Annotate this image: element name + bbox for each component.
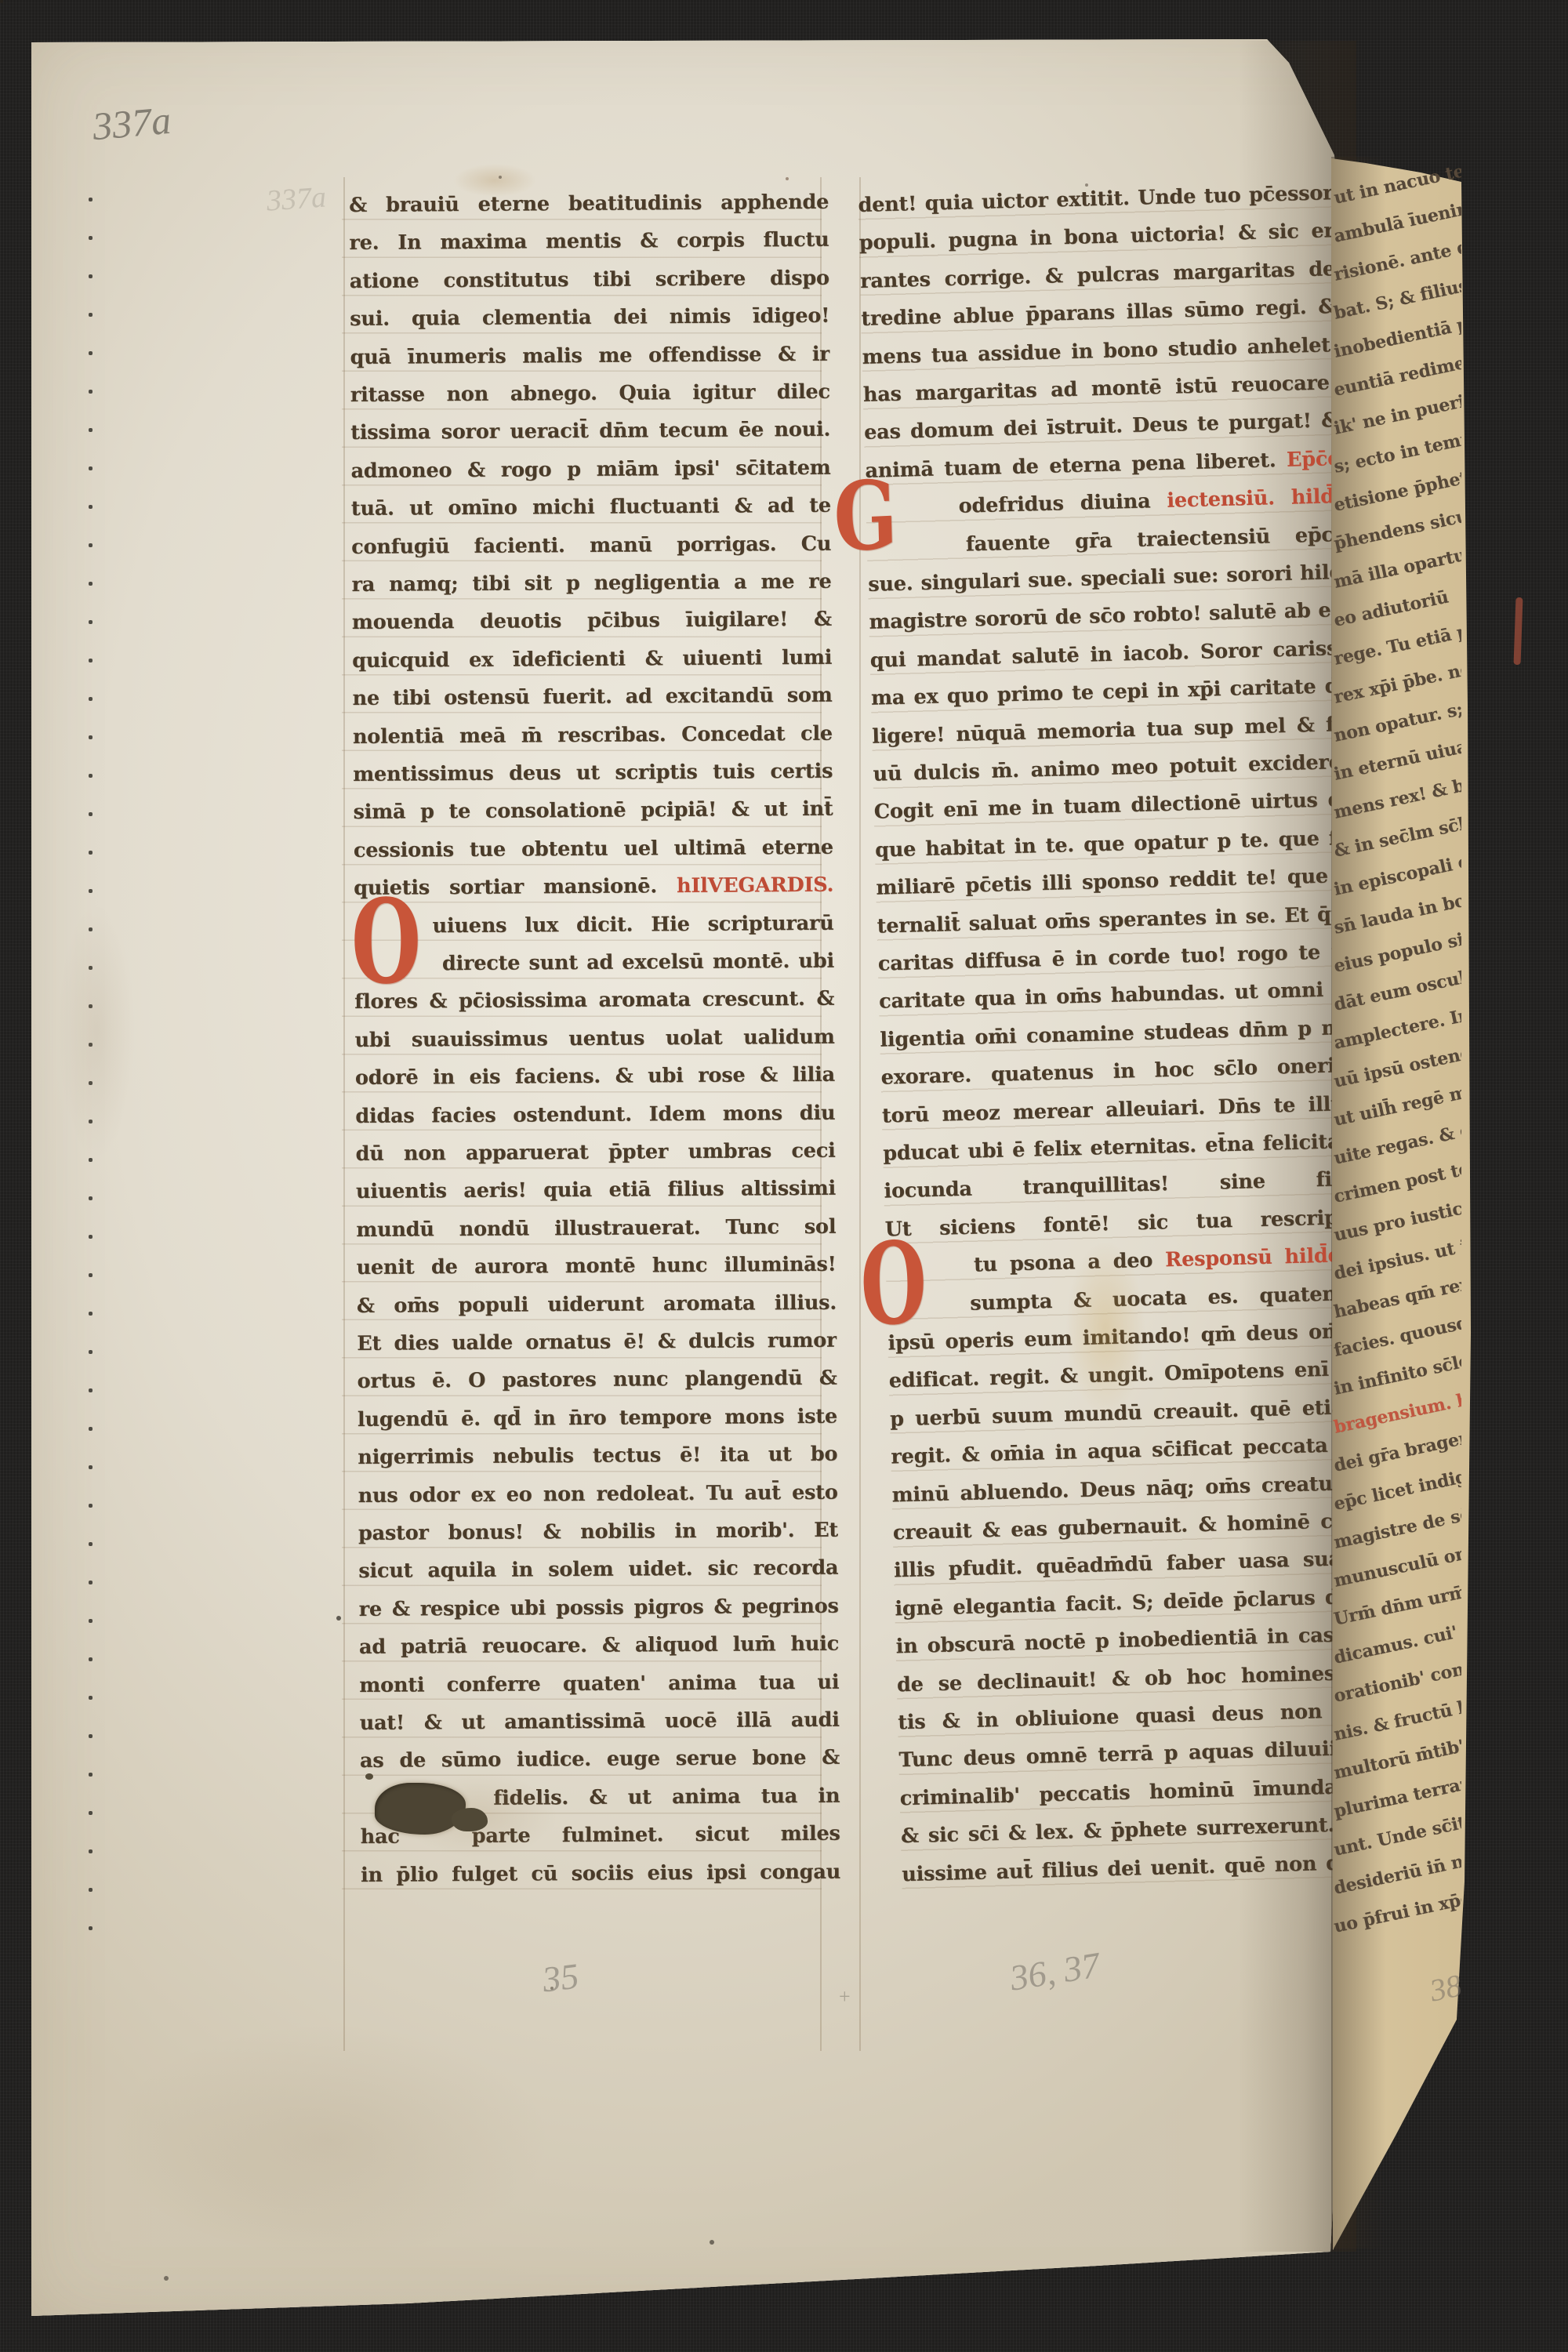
ink-text: magistre sororū de sc̄o robto! salutē ab… bbox=[869, 598, 1345, 634]
text-column-2: dent! quia uictor extitit. Unde tuo pc̄e… bbox=[858, 176, 1377, 1912]
text-line: re. In maxima mentis & corpis fluctu bbox=[349, 223, 829, 264]
ink-text: mouenda deuotis pc̄ibus īuigilare! & bbox=[352, 608, 832, 634]
ink-text: dū non apparuerat p̄pter umbras ceci bbox=[355, 1139, 835, 1166]
pricking-hole bbox=[89, 1619, 93, 1623]
ink-text: ligentia om̄i conamine studeas dn̄m p me bbox=[880, 1016, 1356, 1052]
text-line: nus odor ex eo non redoleat. Tu aut̄ est… bbox=[358, 1475, 837, 1516]
pricking-hole bbox=[89, 1196, 93, 1200]
ink-text: & sic sc̄i & lex. & p̄phete surrexerunt.… bbox=[901, 1813, 1377, 1849]
ink-text: fidelis. & ut anima tua in bbox=[493, 1784, 840, 1809]
parchment-hole bbox=[375, 1783, 466, 1835]
ink-text: ad patriā reuocare. & aliquod lum̄ huic bbox=[359, 1632, 839, 1659]
vertical-rule bbox=[343, 177, 345, 2051]
ink-text: flores & pc̄iosissima aromata crescunt. … bbox=[354, 987, 834, 1014]
pricking-hole bbox=[89, 1888, 93, 1892]
text-line: ne tibi ostensū fuerit. ad excitandū som bbox=[352, 678, 832, 720]
pricking-hole bbox=[89, 735, 93, 739]
text-line: odorē in eis faciens. & ubi rose & lilia… bbox=[355, 1058, 835, 1099]
ink-text: confugiū facienti. manū porrigas. Cu bbox=[351, 532, 831, 558]
text-line: dū non apparuerat p̄pter umbras ceci bbox=[355, 1134, 835, 1175]
ink-text: criminalib' peccatis hominū īmundauit. bbox=[899, 1774, 1375, 1810]
pricking-hole bbox=[89, 236, 93, 240]
pricking-hole bbox=[89, 1350, 93, 1354]
ink-text: Cogit enī me in tuam dilectionē uirtus d… bbox=[873, 788, 1349, 824]
pricking-hole bbox=[89, 1273, 93, 1277]
ink-text: ubi suauissimus uentus uolat ualidum bbox=[354, 1025, 834, 1051]
pricking-hole bbox=[89, 1926, 93, 1930]
pricking-hole bbox=[89, 1388, 93, 1392]
ink-text: caritate qua in om̄s habundas. ut omni d… bbox=[879, 978, 1355, 1014]
text-line: didas facies ostendunt. Idem mons diu bbox=[355, 1095, 835, 1137]
pricking-hole bbox=[89, 697, 93, 701]
ink-text: monti conferre quaten' anima tua ui bbox=[359, 1670, 839, 1697]
text-line: tuā. ut omīno michi fluctuanti & ad te bbox=[351, 488, 831, 530]
ink-text: uat! & ut amantissimā uocē illā audi bbox=[360, 1708, 840, 1735]
pricking-hole bbox=[89, 1004, 93, 1008]
pricking-hole bbox=[89, 1773, 93, 1777]
pricking-hole bbox=[89, 966, 93, 970]
ink-text: odefridus diuina bbox=[958, 489, 1167, 518]
pricking-hole bbox=[89, 1657, 93, 1661]
ink-text: p uerbū suum mundū creauit. quē etiam bbox=[890, 1395, 1366, 1431]
ink-text: edificat. regit. & ungit. Omīpotens enī … bbox=[888, 1357, 1364, 1393]
text-column-1: & brauiū eterne beatitudinis apphendere.… bbox=[349, 185, 840, 1913]
ink-text: uiuens lux dicit. Hie scripturarū bbox=[432, 911, 833, 938]
text-line: monti conferre quaten' anima tua ui bbox=[359, 1664, 839, 1706]
ink-text: tuā. ut omīno michi fluctuanti & ad te bbox=[351, 494, 831, 521]
ink-text: uissime aut̄ filius dei uenit. quē non d… bbox=[902, 1850, 1377, 1886]
ink-text: re & respice ubi possis pigros & pegrino… bbox=[359, 1594, 839, 1621]
pricking-hole bbox=[89, 1811, 93, 1815]
pricking-hole bbox=[89, 927, 93, 931]
pencil-folio-ghost: 337a bbox=[266, 180, 328, 218]
ink-text: sui. quia clementia dei nimis īdigeo! bbox=[350, 304, 829, 331]
pricking-hole bbox=[89, 198, 93, 201]
ink-text: admoneo & rogo p miām ipsi' sc̄itatem bbox=[350, 456, 830, 483]
pricking-hole bbox=[89, 812, 93, 816]
pricking-hole bbox=[89, 1696, 93, 1700]
ink-text: tissima soror ueracit̄ dn̄m tecum ēe nou… bbox=[350, 418, 830, 445]
ink-text: ma ex quo primo te cepi in xp̄i caritate… bbox=[871, 674, 1347, 710]
ink-text: sicut aquila in solem uidet. sic recorda bbox=[358, 1556, 838, 1583]
pricking-hole bbox=[89, 1081, 93, 1085]
text-line: mouenda deuotis pc̄ibus īuigilare! & bbox=[352, 602, 832, 644]
pricking-hole bbox=[89, 428, 93, 432]
ink-text: que habitat in te. que opatur p te. que … bbox=[875, 826, 1351, 862]
ink-text: ligere! nūquā memoria tua sup mel & fa bbox=[872, 712, 1348, 748]
bottom-cross-mark: + bbox=[839, 1985, 851, 2009]
text-line: sicut aquila in solem uidet. sic recorda bbox=[358, 1551, 838, 1592]
ink-text: nus odor ex eo non redoleat. Tu aut̄ est… bbox=[358, 1480, 838, 1507]
text-line: atione constitutus tibi scribere dispo bbox=[350, 261, 829, 303]
rubric-text: iectensiū. hild̄. bbox=[1167, 485, 1341, 513]
pencil-page-number-col1: 35 bbox=[540, 1955, 581, 2000]
text-line: uiuens lux dicit. Hie scripturarū bbox=[354, 906, 833, 947]
text-line: ad patriā reuocare. & aliquod lum̄ huic bbox=[359, 1627, 839, 1668]
ink-text: Tunc deus omnē terrā p aquas diluuii de bbox=[898, 1737, 1374, 1773]
ink-text: simā p te consolationē pcipiā! & ut int̄ bbox=[353, 797, 833, 824]
text-line: Et dies ualde ornatus ē! & dulcis rumor bbox=[357, 1323, 837, 1365]
pricking-hole bbox=[89, 1235, 93, 1239]
ink-text: Et dies ualde ornatus ē! & dulcis rumor bbox=[357, 1329, 837, 1356]
text-line: ritasse non abnego. Quia igitur dilec bbox=[350, 375, 830, 416]
ink-text: parte fulminet. sicut miles bbox=[472, 1822, 840, 1848]
pricking-hole bbox=[89, 390, 93, 394]
pricking-hole bbox=[89, 1504, 93, 1508]
ink-text: uū dulcis m̄. animo meo potuit excidere. bbox=[873, 750, 1348, 786]
ink-text: creauit & eas gubernauit. & hominē cum bbox=[893, 1509, 1369, 1545]
text-line: quicquid ex īdeficienti & uiuenti lumi bbox=[352, 641, 832, 682]
text-line: pastor bonus! & nobilis in morib'. Et bbox=[358, 1513, 838, 1555]
pricking-hole bbox=[89, 582, 93, 586]
pricking-hole bbox=[89, 659, 93, 662]
ink-text: ipsū operis eum imitando! qm̄ deus om̄ia bbox=[887, 1319, 1363, 1356]
text-line: uenit de aurora montē hunc illuminās! bbox=[356, 1247, 836, 1289]
text-line: mundū nondū illustrauerat. Tunc sol bbox=[356, 1209, 836, 1250]
ink-text: pastor bonus! & nobilis in morib'. Et bbox=[358, 1519, 838, 1545]
ink-text: dent! quia uictor extitit. Unde tuo pc̄e… bbox=[858, 181, 1334, 217]
ink-text: ignē elegantia facit. S; deīde p̄clarus … bbox=[895, 1584, 1370, 1621]
ink-text: nigerrimis nebulis tectus ē! ita ut bo bbox=[358, 1443, 837, 1469]
ink-text: lugendū ē. qd̄ in n̄ro tempore mons iste bbox=[358, 1404, 837, 1431]
ink-text: quicquid ex īdeficienti & uiuenti lumi bbox=[352, 646, 832, 673]
ink-text: illis pfudit. quēadm̄dū faber uasa sua p bbox=[894, 1547, 1370, 1583]
ink-text: eas domum dei īstruit. Deus te purgat! & bbox=[864, 408, 1340, 445]
ink-text: directe sunt ad excelsū montē. ubi bbox=[442, 949, 834, 975]
text-line: flores & pc̄iosissima aromata crescunt. … bbox=[354, 982, 834, 1023]
text-line: admoneo & rogo p miām ipsi' sc̄itatem bbox=[350, 451, 830, 492]
pricking-hole bbox=[89, 505, 93, 509]
pencil-folio-annotation: 337a bbox=[91, 97, 173, 149]
ink-text: in obscurā noctē p inobedientiā in casu … bbox=[895, 1623, 1371, 1659]
text-line: as de sūmo iudice. euge serue bone & bbox=[360, 1740, 840, 1782]
pricking-hole bbox=[89, 1581, 93, 1584]
ink-speckles bbox=[0, 0, 3, 3]
text-line: tissima soror ueracit̄ dn̄m tecum ēe nou… bbox=[350, 412, 830, 454]
pricking-hole bbox=[89, 1120, 93, 1123]
ink-text: & om̄s populi uiderunt aromata illius. bbox=[357, 1290, 837, 1317]
text-line: directe sunt ad excelsū montē. ubi bbox=[354, 944, 834, 985]
text-line: cessionis tue obtentu uel ultimā eterne bbox=[354, 830, 833, 872]
text-line: nigerrimis nebulis tectus ē! ita ut bo bbox=[358, 1437, 837, 1479]
ink-text: mens tua assidue in bono studio anhelet. bbox=[862, 333, 1338, 369]
pricking-hole bbox=[89, 351, 93, 355]
ink-text: caritas diffusa ē in corde tuo! rogo te … bbox=[878, 940, 1354, 976]
ink-text: regit. & om̄ia in aqua sc̄ificat peccata… bbox=[891, 1433, 1367, 1469]
text-line: uat! & ut amantissimā uocē illā audi bbox=[360, 1703, 840, 1744]
illuminated-initial-G: G bbox=[833, 467, 898, 564]
recto-text-strip: ut in nacuo tempore adeēt. in quoambulā … bbox=[1331, 154, 1461, 2208]
ink-text: odorē in eis faciens. & ubi rose & lilia… bbox=[355, 1063, 835, 1099]
ink-text: miliarē pc̄etis illi sponso reddit te! q… bbox=[876, 864, 1352, 900]
parchment-hole-tail bbox=[452, 1808, 488, 1831]
text-line: re & respice ubi possis pigros & pegrino… bbox=[359, 1588, 839, 1630]
pricking-hole bbox=[89, 1427, 93, 1431]
rubric-text: hIlVEGARDIS. bbox=[677, 873, 833, 898]
ink-text: uiuentis aeris! quia etiā filius altissi… bbox=[356, 1177, 836, 1203]
pricking-hole bbox=[89, 1734, 93, 1738]
text-line: lugendū ē. qd̄ in n̄ro tempore mons iste bbox=[358, 1399, 837, 1440]
pricking-hole bbox=[89, 851, 93, 855]
text-line: & brauiū eterne beatitudinis apphende bbox=[349, 185, 829, 227]
ink-text: populi. pugna in bona uictoria! & sic er bbox=[858, 220, 1334, 256]
ink-text: mentissimus deus ut scriptis tuis certis bbox=[353, 760, 833, 786]
ink-text: in p̄lio fulget cū sociis eius ipsi cong… bbox=[361, 1860, 840, 1886]
pricking-hole bbox=[89, 543, 93, 547]
ink-text: torū meoz merear alleuiari. Dn̄s te illu… bbox=[882, 1091, 1358, 1127]
pricking-hole bbox=[89, 1158, 93, 1162]
text-line: confugiū facienti. manū porrigas. Cu bbox=[351, 526, 831, 568]
ink-text: nolentiā meā m̄ rescribas. Concedat cle bbox=[353, 721, 833, 748]
illuminated-initial-O: O bbox=[351, 884, 421, 1000]
text-line: sui. quia clementia dei nimis īdigeo! bbox=[350, 299, 829, 340]
text-line: simā p te consolationē pcipiā! & ut int̄ bbox=[353, 792, 833, 833]
ink-text: cessionis tue obtentu uel ultimā eterne bbox=[354, 836, 833, 862]
ink-text: quā īnumeris malis me offendisse & ir bbox=[350, 342, 829, 368]
ink-text: ra namq; tibi sit p negligentia a me re bbox=[351, 570, 831, 597]
ink-text: ortus ē. O pastores nunc plangendū & bbox=[358, 1367, 837, 1393]
ink-text: qui mandat salutē in iacob. Soror cariss… bbox=[869, 637, 1345, 673]
pricking-hole bbox=[89, 889, 93, 893]
manuscript-photo: & brauiū eterne beatitudinis apphendere.… bbox=[0, 0, 1568, 2352]
ink-text: ternalit̄ saluat om̄s sperantes in se. E… bbox=[877, 902, 1352, 938]
pricking-hole bbox=[89, 1849, 93, 1853]
ink-text: as de sūmo iudice. euge serue bone & bbox=[360, 1746, 840, 1773]
ink-text: & brauiū eterne beatitudinis apphende bbox=[349, 191, 829, 217]
ink-text: ritasse non abnego. Quia igitur dilec bbox=[350, 380, 830, 407]
ink-text: didas facies ostendunt. Idem mons diu bbox=[355, 1101, 835, 1127]
pricking-hole bbox=[89, 274, 93, 278]
text-line: nolentiā meā m̄ rescribas. Concedat cle bbox=[353, 716, 833, 757]
ink-text: pducat ubi ē felix eternitas. et̄na feli… bbox=[883, 1130, 1359, 1166]
text-line: in p̄lio fulget cū sociis eius ipsi cong… bbox=[361, 1854, 840, 1896]
pricking-hole bbox=[89, 1312, 93, 1316]
ink-text: re. In maxima mentis & corpis fluctu bbox=[349, 228, 829, 255]
pricking-hole bbox=[89, 1542, 93, 1546]
text-line: uiuentis aeris! quia etiā filius altissi… bbox=[356, 1171, 836, 1213]
parchment-hole-dot bbox=[365, 1773, 373, 1780]
text-line: mentissimus deus ut scriptis tuis certis bbox=[353, 754, 833, 796]
illuminated-initial-O2: O bbox=[859, 1226, 927, 1342]
pricking-hole bbox=[89, 1465, 93, 1469]
ink-text: uenit de aurora montē hunc illuminās! bbox=[357, 1253, 837, 1279]
pricking-hole bbox=[89, 620, 93, 624]
text-line: quietis sortiar mansionē. hIlVEGARDIS. bbox=[354, 868, 833, 909]
ink-text: tu psona a deo bbox=[974, 1248, 1166, 1276]
pricking-hole bbox=[89, 774, 93, 778]
pricking-hole bbox=[89, 313, 93, 317]
ink-text: ne tibi ostensū fuerit. ad excitandū som bbox=[352, 684, 832, 710]
hole-gap bbox=[400, 1842, 472, 1843]
ink-text: sue. singulari sue. speciali sue: sorori… bbox=[868, 561, 1344, 597]
pricking-hole bbox=[89, 466, 93, 470]
ink-text: minū abluendo. Deus nāq; om̄s creaturas bbox=[891, 1471, 1367, 1507]
text-line: ubi suauissimus uentus uolat ualidum bbox=[354, 1019, 834, 1061]
text-line: quā īnumeris malis me offendisse & ir bbox=[350, 336, 829, 378]
ink-text: atione constitutus tibi scribere dispo bbox=[350, 267, 829, 293]
vertical-rule bbox=[859, 177, 861, 2051]
text-line: & om̄s populi uiderunt aromata illius. bbox=[357, 1285, 837, 1327]
pricking-hole bbox=[89, 1043, 93, 1047]
text-line: ortus ē. O pastores nunc plangendū & bbox=[357, 1361, 837, 1403]
ink-text: animā tuam de eterna pena liberet. bbox=[865, 448, 1287, 483]
text-line: ra namq; tibi sit p negligentia a me re bbox=[351, 564, 831, 606]
ink-text: mundū nondū illustrauerat. Tunc sol bbox=[356, 1214, 836, 1241]
